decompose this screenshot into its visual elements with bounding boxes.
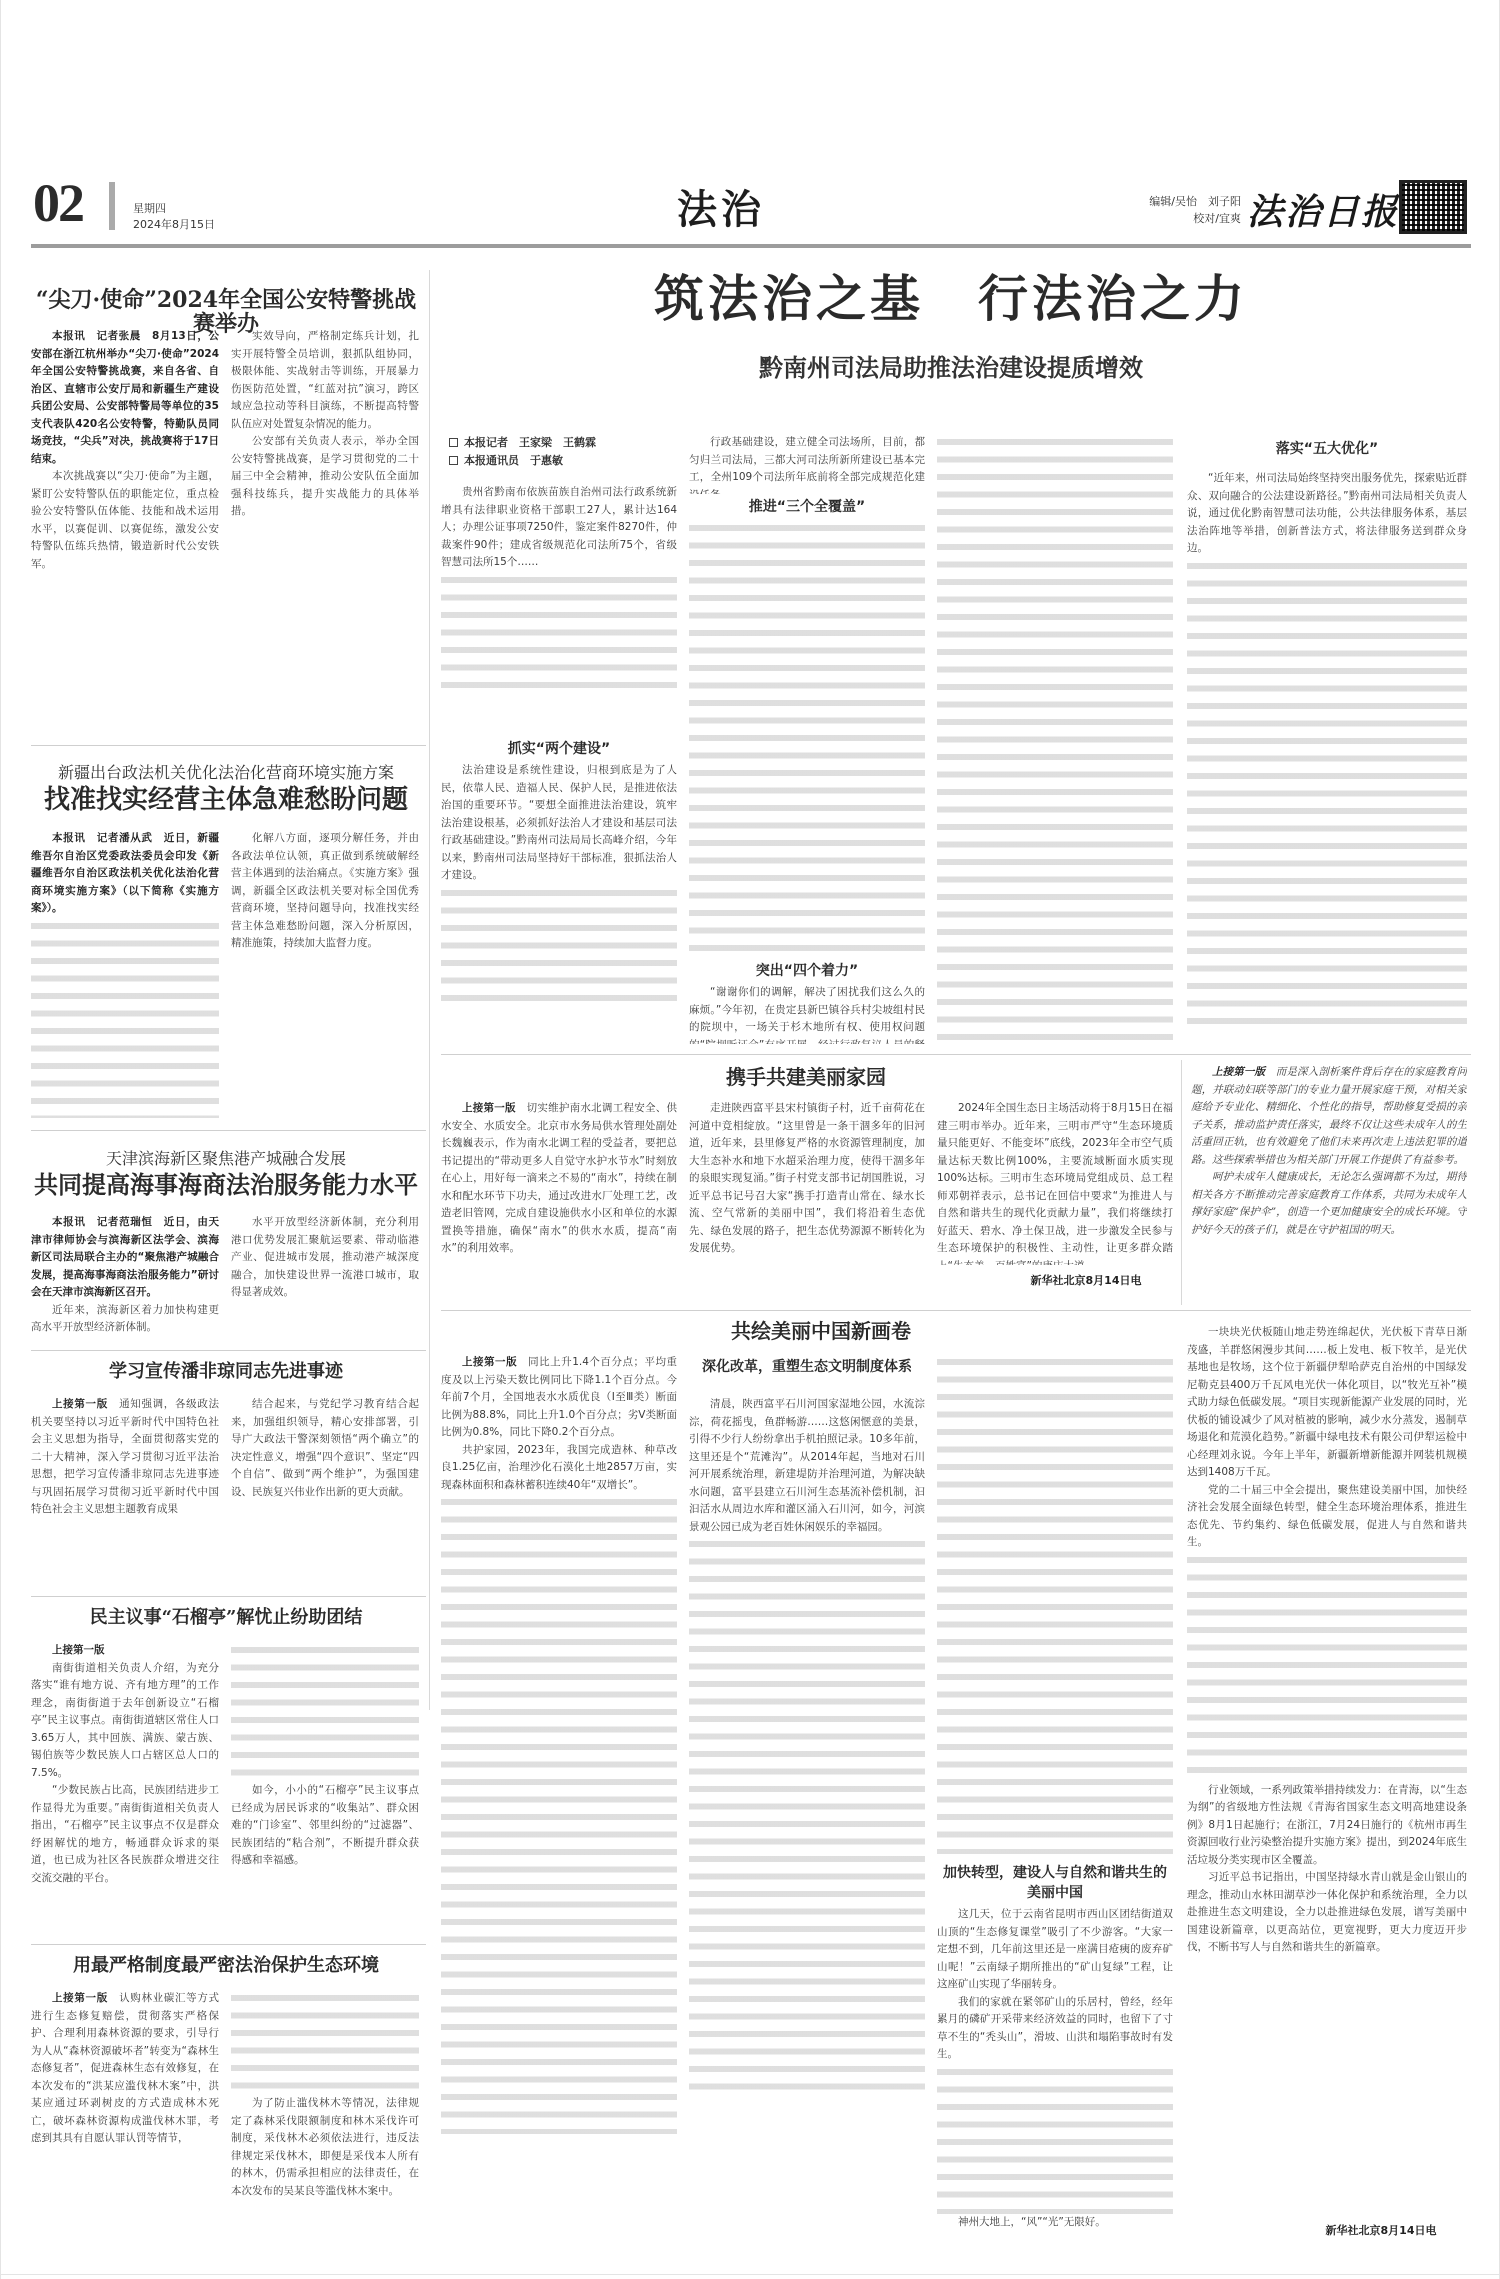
text-lines	[1187, 558, 1467, 1028]
body-text: 我们的家就在紧邻矿山的乐居村，曾经，经年累月的磷矿开采带来经济效益的同时，也留下…	[937, 1994, 1173, 2064]
headline-beautiful-home: 携手共建美丽家园	[441, 1066, 1171, 1088]
column-divider	[1181, 1060, 1182, 1305]
headline-tianjin: 共同提高海事海商法治服务能力水平	[31, 1172, 421, 1198]
article-ecology-law-col2: 为了防止滥伐林木等情况，法律规定了森林采伐限额制度和林木采伐许可制度，采伐林木必…	[231, 1990, 419, 2265]
lead-text: 上接第一版	[52, 1644, 105, 1656]
body-text: 行政基础建设，建立健全司法场所，目前，都匀归兰司法局，三都大河司法所新所建设已基…	[689, 434, 925, 494]
beautiful-home-col1: 上接第一版 切实维护南水北调工程安全、供水安全、水质安全。北京市水务局供水管理处…	[441, 1100, 677, 1300]
lead-col4: “近年来，州司法局始终坚持突出服务优先，探索贴近群众、双向融合的公法建设新路径。…	[1187, 470, 1467, 1046]
body-text: 共护家园，2023年，我国完成造林、种草改良1.25亿亩，治理沙化石漠化土地28…	[441, 1442, 677, 1495]
text-lines	[937, 2064, 1173, 2214]
text-lines	[689, 1536, 925, 2096]
section-divider	[31, 745, 426, 746]
body-text: 化解八方面，逐项分解任务，并由各政法单位认领，真正做到系统破解经营主体遇到的法治…	[231, 830, 419, 953]
article-ecology-law-col1: 上接第一版 认购林业碳汇等方式进行生态修复赔偿，贯彻落实严格保护、合理利用森林资…	[31, 1990, 219, 2265]
text-lines	[441, 885, 677, 1005]
article-study-col2: 结合起来，与党纪学习教育结合起来，加强组织领导，精心安排部署，引导广大政法干警深…	[231, 1396, 419, 1586]
body-text: 这几天，位于云南省昆明市西山区团结街道双山顶的“生态修复课堂”吸引了不少游客。“…	[937, 1906, 1173, 1994]
lead-text: 上接第一版	[1212, 1066, 1265, 1078]
body-text: “近年来，州司法局始终坚持突出服务优先，探索贴近群众、双向融合的公法建设新路径。…	[1187, 470, 1467, 558]
text-lines	[441, 572, 677, 692]
lead-text: 本报讯 记者张晨 8月13日，公安部在浙江杭州举办“尖刀·使命”2024年全国公…	[31, 330, 219, 465]
page-number-divider	[109, 182, 115, 230]
section-divider	[31, 1130, 426, 1131]
masthead-divider	[31, 244, 1471, 248]
body-text: 走进陕西富平县宋村镇街子村，近千亩荷花在河道中竞相绽放。“这里曾是一条干涸多年的…	[689, 1100, 925, 1258]
body-text: 南街街道相关负责人介绍，为充分落实“谁有地方说、齐有地方理”的工作理念，南街街道…	[31, 1660, 219, 1783]
body-text: 实效导向，严格制定练兵计划，扎实开展特警全员培训，狠抓队组协同，极限体能、实战射…	[231, 328, 419, 433]
body-text: 通知强调，各级政法机关要坚持以习近平新时代中国特色社会主义思想为指导，全面贯彻落…	[31, 1398, 219, 1515]
new-chapter-col3b: 这几天，位于云南省昆明市西山区团结街道双山顶的“生态修复课堂”吸引了不少游客。“…	[937, 1906, 1173, 2259]
beautiful-home-col3: 2024年全国生态日主场活动将于8月15日在福建三明市举办。近年来，三明市严守“…	[937, 1100, 1173, 1265]
headline-ecology-law: 用最严格制度最严密法治保护生态环境	[31, 1956, 421, 1976]
lead-text: 本报讯 记者潘从武 近日，新疆维吾尔自治区党委政法委员会印发《新疆维吾尔自治区政…	[31, 832, 219, 914]
section-heading-four-efforts: 突出“四个着力”	[689, 960, 925, 980]
section-divider	[31, 1350, 426, 1351]
body-text: 如今，小小的“石榴亭”民主议事点已经成为居民诉求的“收集站”、群众困难的“门诊室…	[231, 1782, 419, 1870]
lead-text: 本报讯 记者范瑞恒 近日，由天津市律师协会与滨海新区法学会、滨海新区司法局联合主…	[31, 1216, 219, 1298]
text-lines	[31, 918, 219, 1118]
text-lines	[231, 1642, 419, 1782]
body-text: 同比上升1.4个百分点；平均重度及以上污染天数比例同比下降1.1个百分点。今年前…	[441, 1356, 677, 1438]
lead-col1b: 法治建设是系统性建设，归根到底是为了人民，依靠人民、造福人民、保护人民，是推进依…	[441, 762, 677, 1047]
article-pomegranate-col1: 上接第一版 南街街道相关负责人介绍，为充分落实“谁有地方说、齐有地方理”的工作理…	[31, 1642, 219, 1932]
square-bullet-icon	[449, 456, 458, 465]
editors-line: 编辑/吴怡 刘子阳	[1081, 193, 1241, 210]
minor-protection-col: 上接第一版 而是深入剖析案件背后存在的家庭教育问题，并联动妇联等部门的专业力量开…	[1191, 1064, 1467, 1299]
kicker-tianjin: 天津滨海新区聚焦港产城融合发展	[31, 1146, 421, 1169]
dateline-new-chapter: 新华社北京8月14日电	[1291, 2222, 1471, 2238]
body-text: 法治建设是系统性建设，归根到底是为了人民，依靠人民、造福人民、保护人民，是推进依…	[441, 762, 677, 885]
body-text: 水平开放型经济新体制，充分利用港口优势发展汇聚航运要素、带动临港产业、促进城市发…	[231, 1214, 419, 1302]
section-heading-five-optimizations: 落实“五大优化”	[1187, 438, 1467, 458]
lead-col2-text	[689, 520, 925, 955]
body-text: 结合起来，与党纪学习教育结合起来，加强组织领导，精心安排部署，引导广大政法干警深…	[231, 1396, 419, 1501]
newspaper-logo: 法治日报	[1247, 184, 1399, 235]
weekday: 星期四	[133, 200, 166, 216]
issue-date: 2024年8月15日	[133, 216, 215, 232]
section-divider	[31, 1596, 426, 1597]
square-bullet-icon	[449, 438, 458, 447]
text-lines	[937, 1354, 1173, 1854]
body-text: 清晨，陕西富平石川河国家湿地公园，水流淙淙，荷花摇曳，鱼群畅游……这悠闲惬意的美…	[689, 1396, 925, 1536]
byline-reporters: 本报记者 王家梁 王鹤霖	[464, 436, 596, 449]
new-chapter-col3	[937, 1354, 1173, 1854]
lead-text: 上接第一版	[462, 1356, 517, 1368]
body-text: 党的二十届三中全会提出，聚焦建设美丽中国，加快经济社会发展全面绿色转型，健全生态…	[1187, 1482, 1467, 1552]
lead-col2: 行政基础建设，建立健全司法场所，目前，都匀归兰司法局，三都大河司法所新所建设已基…	[689, 434, 925, 494]
article-special-police-col2: 实效导向，严格制定练兵计划，扎实开展特警全员培训，狠抓队组协同，极限体能、实战射…	[231, 328, 419, 730]
editors-credit: 编辑/吴怡 刘子阳 校对/宜爽	[1081, 193, 1241, 227]
section-heading-deepen-reform: 深化改革，重塑生态文明制度体系	[689, 1356, 925, 1376]
article-special-police-col1: 本报讯 记者张晨 8月13日，公安部在浙江杭州举办“尖刀·使命”2024年全国公…	[31, 328, 219, 730]
qr-code-icon[interactable]	[1399, 180, 1467, 234]
body-text: 而是深入剖析案件背后存在的家庭教育问题，并联动妇联等部门的专业力量开展家庭干预，…	[1191, 1066, 1467, 1166]
lead-text: 上接第一版	[52, 1398, 108, 1410]
section-heading-three-coverage: 推进“三个全覆盖”	[689, 496, 925, 516]
body-text: 呵护未成年人健康成长，无论怎么强调都不为过，期待相关各方不断推动完善家庭教育工作…	[1191, 1169, 1467, 1239]
lead-col3	[937, 434, 1173, 1046]
body-text: “谢谢你们的调解，解决了困扰我们这么久的麻烦。”今年初，在贵定县新巴镇谷兵村尖坡…	[689, 984, 925, 1044]
article-xinjiang-col2: 化解八方面，逐项分解任务，并由各政法单位认领，真正做到系统破解经营主体遇到的法治…	[231, 830, 419, 1120]
kicker-xinjiang: 新疆出台政法机关优化法治化营商环境实施方案	[31, 760, 421, 783]
lead-col2-quote: “谢谢你们的调解，解决了困扰我们这么久的麻烦。”今年初，在贵定县新巴镇谷兵村尖坡…	[689, 984, 925, 1044]
section-divider	[441, 1054, 1471, 1055]
intro-text: 贵州省黔南布依族苗族自治州司法行政系统新增具有法律职业资格干部职工27人，累计达…	[441, 484, 677, 572]
headline-new-chapter: 共绘美丽中国新画卷	[441, 1320, 1201, 1342]
body-text: 习近平总书记指出，中国坚持绿水青山就是金山银山的理念，推动山水林田湖草沙一体化保…	[1187, 1869, 1467, 1957]
headline-study: 学习宣传潘非琼同志先进事迹	[31, 1362, 421, 1382]
article-study-col1: 上接第一版 通知强调，各级政法机关要坚持以习近平新时代中国特色社会主义思想为指导…	[31, 1396, 219, 1586]
article-tianjin-col1: 本报讯 记者范瑞恒 近日，由天津市律师协会与滨海新区法学会、滨海新区司法局联合主…	[31, 1214, 219, 1339]
body-text: 公安部有关负责人表示，举办全国公安特警挑战赛，是学习贯彻党的二十届三中全会精神，…	[231, 433, 419, 521]
body-text: 行业领域，一系列政策举措持续发力：在青海，以“生态为纲”的省级地方性法规《青海省…	[1187, 1782, 1467, 1870]
body-text: 神州大地上，“风”“光”无限好。	[937, 2214, 1173, 2232]
headline-xinjiang: 找准找实经营主体急难愁盼问题	[31, 786, 421, 815]
body-text: 为了防止滥伐林木等情况，法律规定了森林采伐限额制度和林木采伐许可制度，采伐林木必…	[231, 2095, 419, 2200]
section-divider	[441, 1310, 1471, 1311]
body-text: 一块块光伏板随山地走势连绵起伏，光伏板下青草日渐茂盛，羊群悠闲漫步其间……板上发…	[1187, 1324, 1467, 1482]
page-bottom-border	[1, 2274, 1500, 2275]
section-heading-two-builds: 抓实“两个建设”	[441, 738, 677, 758]
lead-col1: 贵州省黔南布依族苗族自治州司法行政系统新增具有法律职业资格干部职工27人，累计达…	[441, 484, 677, 734]
section-title: 法治	[621, 178, 821, 235]
body-text: “少数民族占比高，民族团结进步工作显得尤为重要。”南街街道相关负责人指出，“石榴…	[31, 1782, 219, 1887]
body-text: 认购林业碳汇等方式进行生态修复赔偿，贯彻落实严格保护、合理利用森林资源的要求，引…	[31, 1992, 219, 2144]
body-text: 近年来，滨海新区着力加快构建更高水平开放型经济新体制。	[31, 1302, 219, 1337]
text-lines	[441, 1494, 677, 2134]
lead-text: 上接第一版	[52, 1992, 108, 2004]
section-heading-green-transition: 加快转型，建设人与自然和谐共生的美丽中国	[937, 1862, 1173, 1902]
column-divider	[429, 270, 430, 1710]
article-tianjin-col2: 水平开放型经济新体制，充分利用港口优势发展汇聚航运要素、带动临港产业、促进城市发…	[231, 1214, 419, 1339]
new-chapter-col4: 一块块光伏板随山地走势连绵起伏，光伏板下青草日渐茂盛，羊群悠闲漫步其间……板上发…	[1187, 1324, 1467, 2224]
lead-subheadline: 黔南州司法局助推法治建设提质增效	[441, 348, 1461, 383]
text-lines	[937, 434, 1173, 1046]
newspaper-page: 02 星期四 2024年8月15日 法治 编辑/吴怡 刘子阳 校对/宜爽 法治日…	[0, 0, 1500, 2279]
lead-headline: 筑法治之基 行法治之力	[441, 272, 1461, 327]
headline-pomegranate: 民主议事“石榴亭”解忧止纷助团结	[31, 1608, 421, 1628]
beautiful-home-col2: 走进陕西富平县宋村镇街子村，近千亩荷花在河道中竞相绽放。“这里曾是一条干涸多年的…	[689, 1100, 925, 1300]
new-chapter-col2: 清晨，陕西富平石川河国家湿地公园，水流淙淙，荷花摇曳，鱼群畅游……这悠闲惬意的美…	[689, 1396, 925, 2259]
new-chapter-col1: 上接第一版 同比上升1.4个百分点；平均重度及以上污染天数比例同比下降1.1个百…	[441, 1354, 677, 2259]
text-lines	[1187, 1552, 1467, 1782]
proofreader-line: 校对/宜爽	[1081, 210, 1241, 227]
lead-byline: 本报记者 王家梁 王鹤霖 本报通讯员 于惠敏	[449, 434, 679, 470]
article-xinjiang-col1: 本报讯 记者潘从武 近日，新疆维吾尔自治区党委政法委员会印发《新疆维吾尔自治区政…	[31, 830, 219, 1120]
dateline-beautiful-home: 新华社北京8月14日电	[1001, 1272, 1171, 1288]
body-text: 切实维护南水北调工程安全、供水安全、水质安全。北京市水务局供水管理处副处长魏巍表…	[441, 1102, 677, 1254]
section-divider	[31, 1944, 426, 1945]
article-pomegranate-col2: 如今，小小的“石榴亭”民主议事点已经成为居民诉求的“收集站”、群众困难的“门诊室…	[231, 1642, 419, 1932]
page-number: 02	[33, 176, 83, 230]
body-text: 2024年全国生态日主场活动将于8月15日在福建三明市举办。近年来，三明市严守“…	[937, 1100, 1173, 1265]
lead-text: 上接第一版	[462, 1102, 516, 1114]
byline-correspondent: 本报通讯员 于惠敏	[464, 454, 563, 467]
text-lines	[231, 1990, 419, 2095]
body-text: 本次挑战赛以“尖刀·使命”为主题，紧盯公安特警队伍的职能定位，重点检验公安特警队…	[31, 468, 219, 573]
